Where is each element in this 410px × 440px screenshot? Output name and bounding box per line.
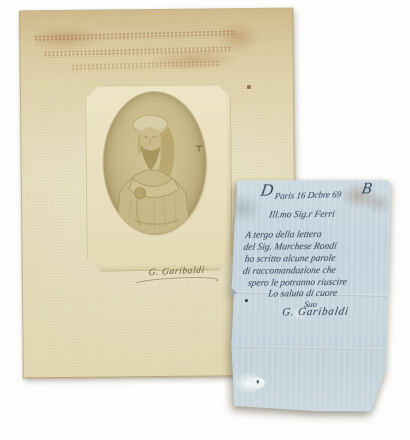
portrait-illustration <box>103 92 206 235</box>
letter-wrapper: D B Paris 16 Dcbre 69 Ill.mo Sig.r Ferri… <box>231 179 391 412</box>
letter-body-line: A tergo della lettera <box>245 230 323 241</box>
handwritten-letter: D B Paris 16 Dcbre 69 Ill.mo Sig.r Ferri… <box>229 178 392 413</box>
fold-line <box>230 345 390 350</box>
letter-salutation: Ill.mo Sig.r Ferri <box>268 210 335 221</box>
letter-body-line: spero le potranno riuscire <box>247 278 347 289</box>
letter-body-line: del Sig. Marchese Rondi <box>243 242 338 253</box>
letter-text-block: D B Paris 16 Dcbre 69 Ill.mo Sig.r Ferri… <box>231 178 393 330</box>
scratch-mark <box>196 146 203 152</box>
letter-signature: G. Garibaldi <box>281 306 349 319</box>
oval-portrait-photo <box>103 92 206 235</box>
letter-closing: Lo saluta di cuore <box>267 289 338 300</box>
foxing-stains <box>28 19 270 92</box>
letter-body-line: di raccomandazione che <box>242 266 337 277</box>
letter-body-line: ho scritto alcune parole <box>244 254 336 265</box>
photograph-of-artifacts: G. Garibaldi D B Paris 16 Dcbre 69 Ill.m… <box>0 0 410 440</box>
monogram-left: D <box>259 180 275 200</box>
paper-flaw-spot <box>250 377 265 388</box>
letter-date-line: Paris 16 Dcbre 69 <box>274 189 342 201</box>
ink-speck <box>247 85 251 89</box>
monogram-right: B <box>360 180 373 198</box>
